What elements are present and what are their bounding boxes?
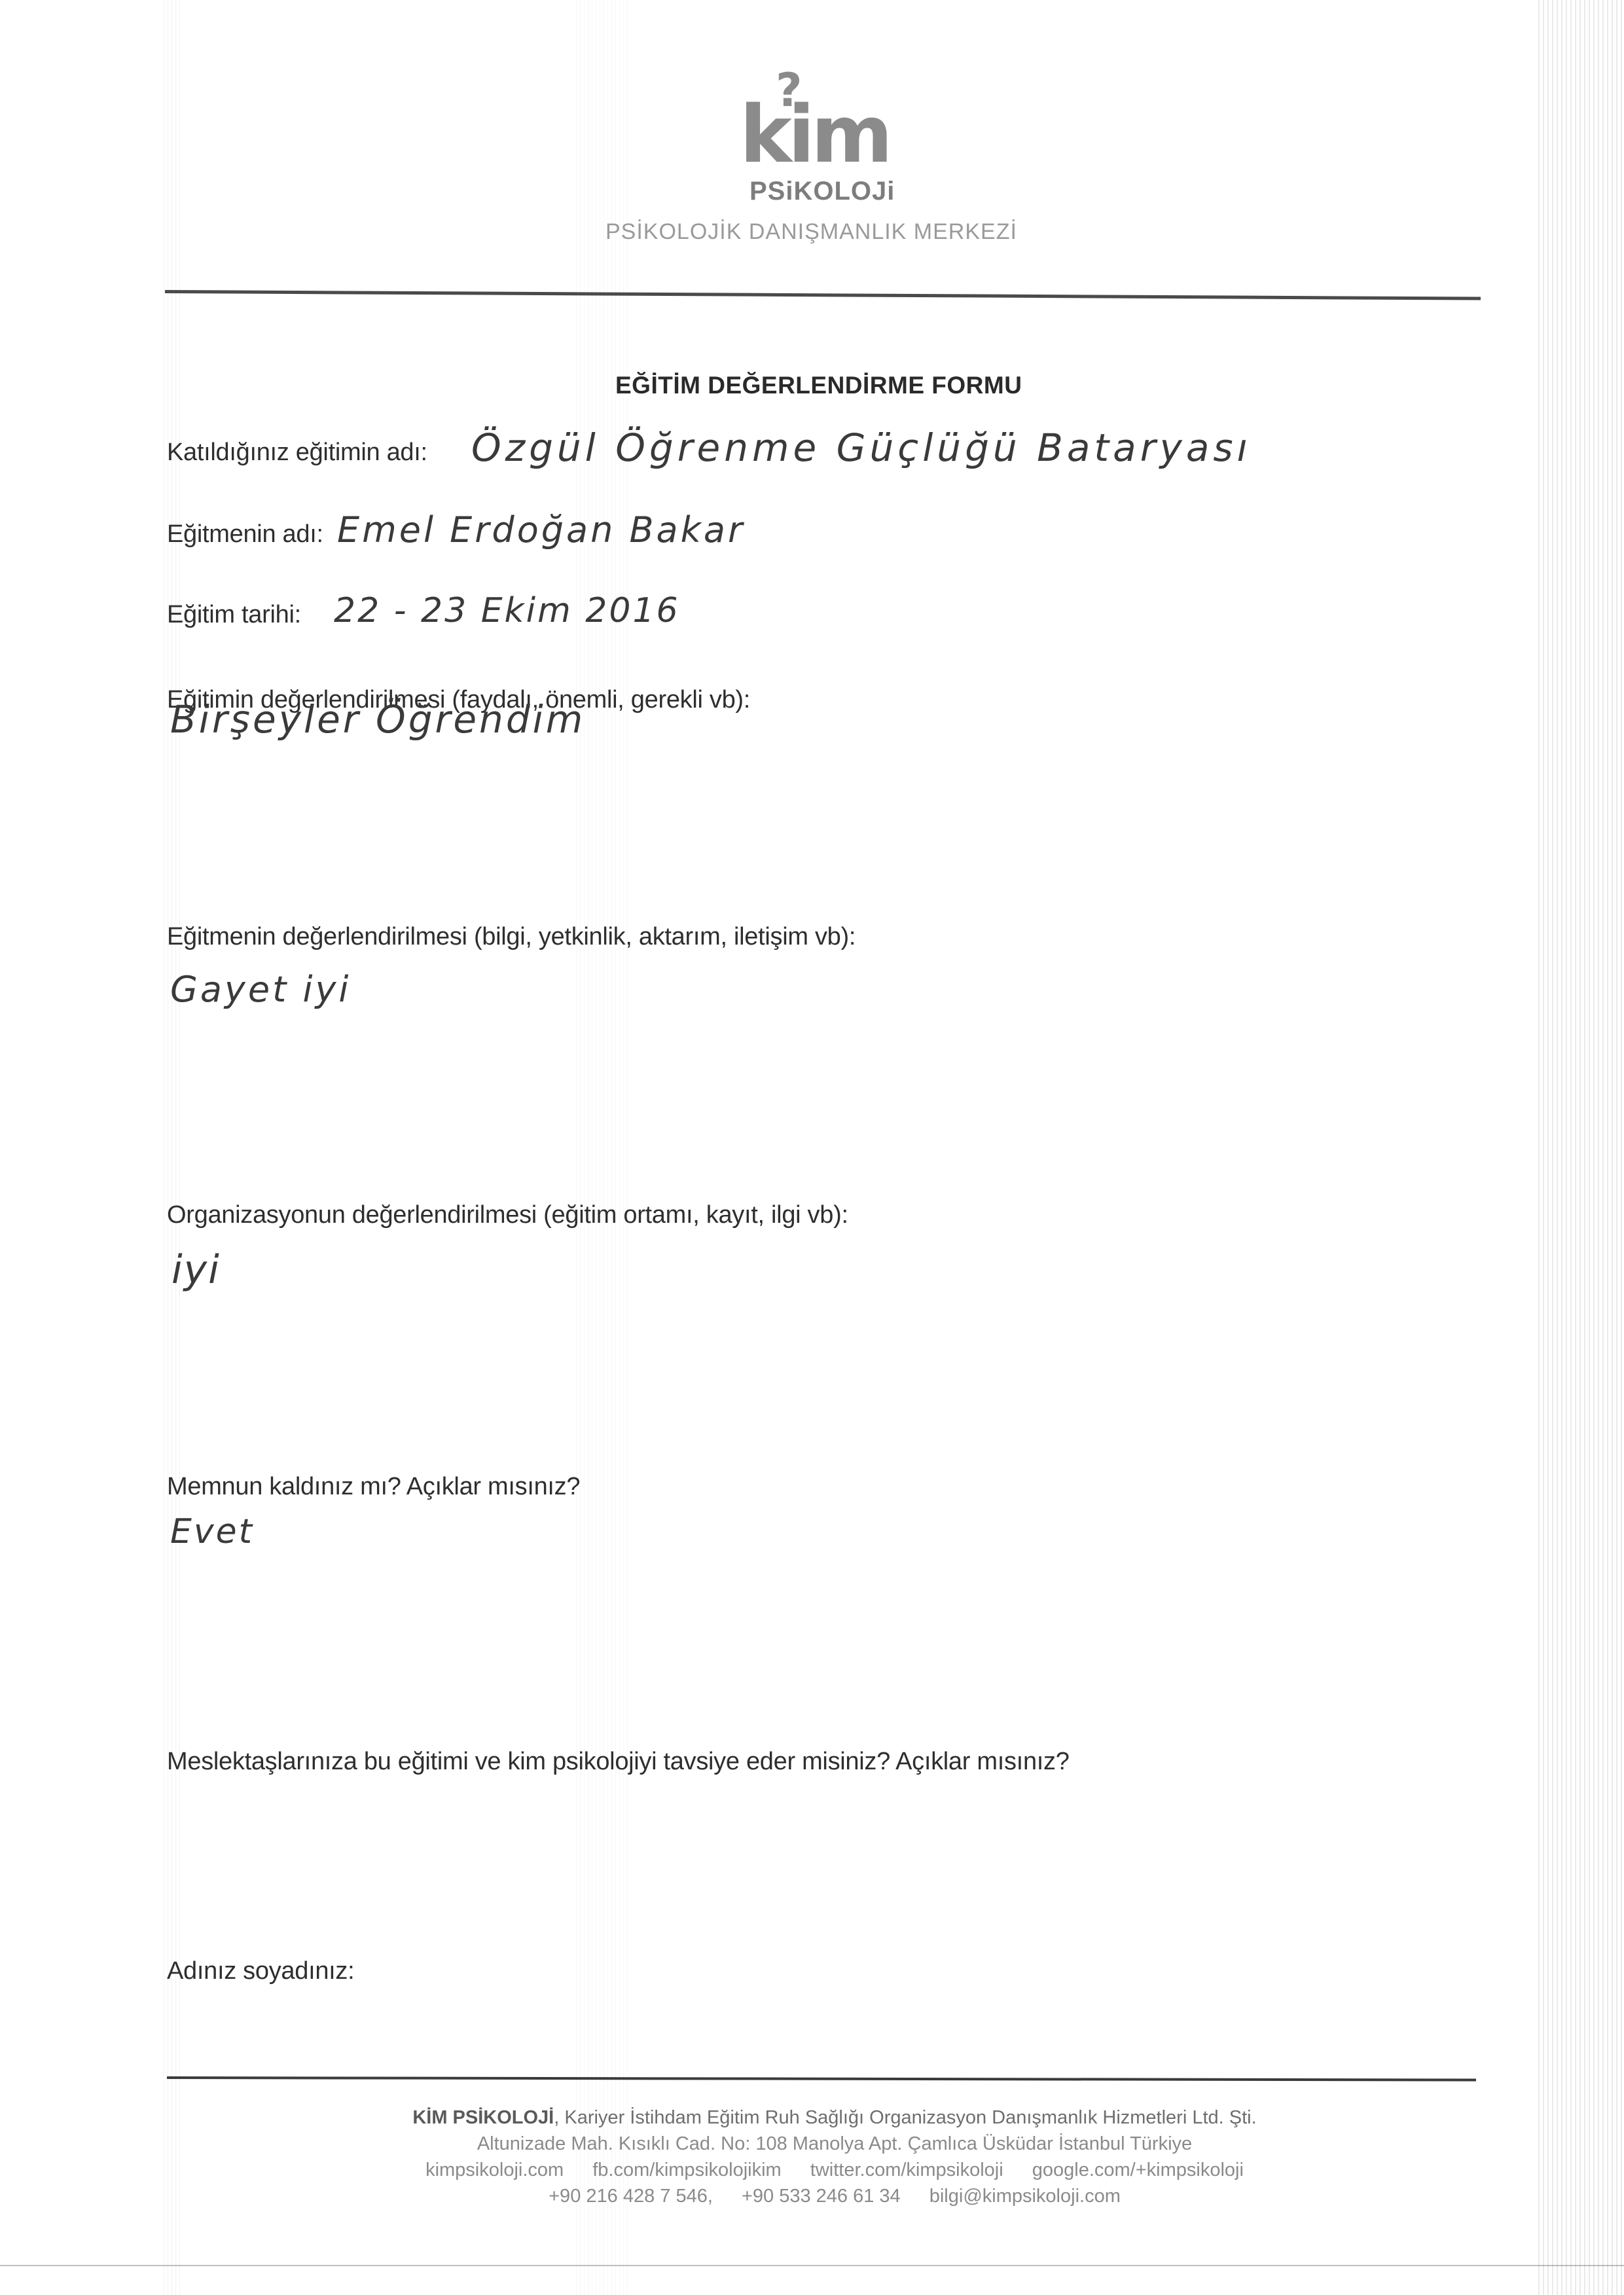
satisfaction-label: Memnun kaldınız mı? Açıklar mısınız? <box>167 1473 580 1501</box>
footer-company: KİM PSİKOLOJİ, Kariyer İstihdam Eğitim R… <box>262 2105 1407 2131</box>
organization-evaluation-answer[interactable]: iyi <box>171 1247 221 1293</box>
scan-streak <box>1538 0 1624 2295</box>
course-name-label: Katıldığınız eğitimin adı: <box>167 439 427 467</box>
trainer-evaluation-answer[interactable]: Gayet iyi <box>170 969 351 1010</box>
email: bilgi@kimpsikoloji.com <box>929 2186 1121 2207</box>
satisfaction-answer[interactable]: Evet <box>170 1512 254 1551</box>
organization-evaluation-label: Organizasyonun değerlendirilmesi (eğitim… <box>167 1201 848 1229</box>
twitter-link: twitter.com/kimpsikoloji <box>810 2159 1003 2180</box>
trainer-evaluation-label: Eğitmenin değerlendirilmesi (bilgi, yetk… <box>167 923 856 951</box>
phone-2: +90 533 246 61 34 <box>742 2186 901 2207</box>
footer-company-name: KİM PSİKOLOJİ <box>412 2107 554 2128</box>
logo-wordmark: kim <box>740 96 889 175</box>
full-name-label: Adınız soyadınız: <box>167 1957 354 1985</box>
phone-1: +90 216 428 7 546, <box>549 2186 713 2207</box>
footer-company-desc: , Kariyer İstihdam Eğitim Ruh Sağlığı Or… <box>554 2107 1256 2128</box>
form-title: EĞİTİM DEĞERLENDİRME FORMU <box>615 372 1022 399</box>
training-date-label: Eğitim tarihi: <box>167 601 301 629</box>
training-evaluation-answer[interactable]: Birşeyler Öğrendim <box>170 697 585 742</box>
training-date-answer[interactable]: 22 - 23 Ekim 2016 <box>334 591 680 630</box>
footer-divider <box>167 2076 1476 2081</box>
footer: KİM PSİKOLOJİ, Kariyer İstihdam Eğitim R… <box>262 2105 1407 2209</box>
company-tagline: PSİKOLOJİK DANIŞMANLIK MERKEZİ <box>605 219 1017 245</box>
footer-links: kimpsikoloji.com fb.com/kimpsikolojikim … <box>262 2157 1407 2183</box>
facebook-link: fb.com/kimpsikolojikim <box>592 2159 781 2180</box>
scan-streak <box>164 0 183 2295</box>
logo-subtitle: PSiKOLOJi <box>749 177 895 206</box>
scan-streak <box>576 0 628 2295</box>
recommendation-label: Meslektaşlarınıza bu eğitimi ve kim psik… <box>167 1748 1070 1776</box>
trainer-name-label: Eğitmenin adı: <box>167 520 323 549</box>
page-edge <box>0 2265 1624 2266</box>
trainer-name-answer[interactable]: Emel Erdoğan Bakar <box>337 509 745 551</box>
company-logo: ? kim <box>740 82 897 173</box>
google-link: google.com/+kimpsikoloji <box>1032 2159 1244 2180</box>
website-link: kimpsikoloji.com <box>425 2159 564 2180</box>
header-divider <box>165 290 1481 300</box>
footer-phones: +90 216 428 7 546, +90 533 246 61 34 bil… <box>262 2183 1407 2209</box>
course-name-answer[interactable]: Özgül Öğrenme Güçlüğü Bataryası <box>471 425 1252 470</box>
footer-address: Altunizade Mah. Kısıklı Cad. No: 108 Man… <box>262 2131 1407 2157</box>
